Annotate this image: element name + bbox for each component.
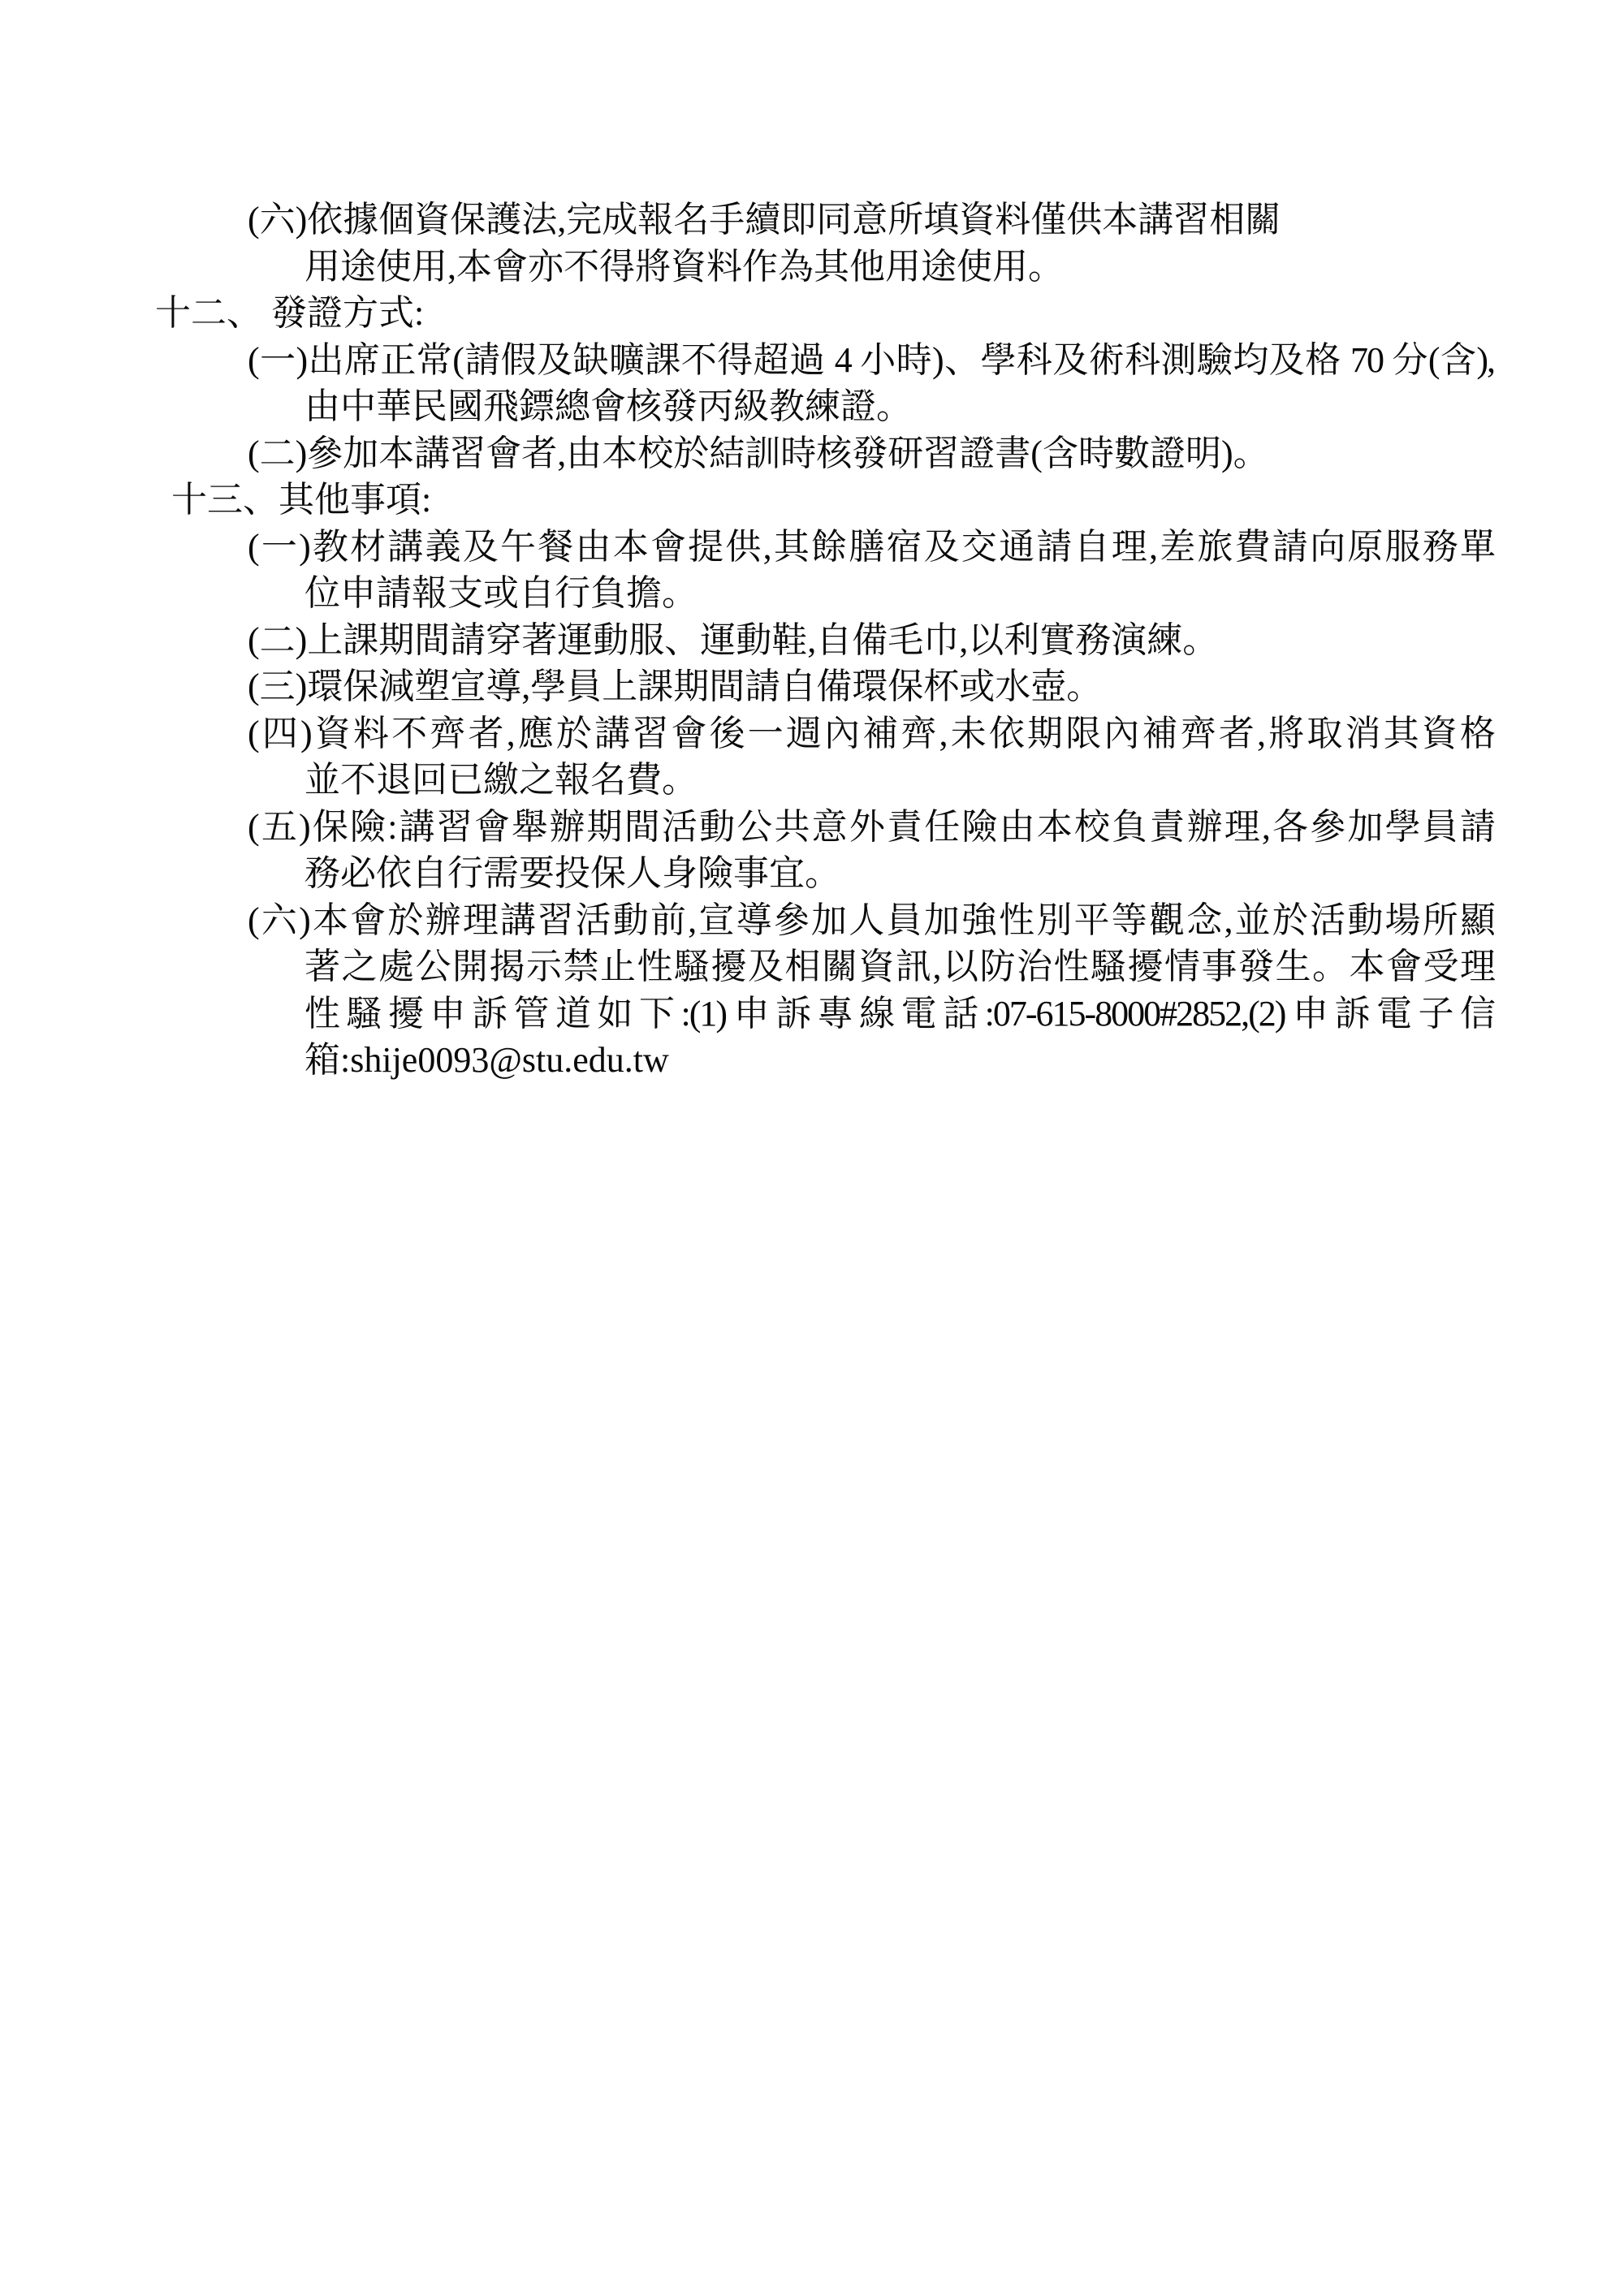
- doc-line-other-item-4-cont: 並不退回已繳之報名費。: [0, 757, 1624, 804]
- section-heading-13-other: 十三、其他事項:: [0, 477, 1624, 524]
- doc-line-other-item-1-cont: 位申請報支或自行負擔。: [0, 570, 1624, 617]
- doc-line-other-item-6: (六)本會於辦理講習活動前,宣導參加人員加強性別平等觀念,並於活動場所顯: [0, 897, 1624, 944]
- text-block: (六)依據個資保護法,完成報名手續即同意所填資料僅供本講習相關 用途使用,本會亦…: [0, 196, 1624, 1084]
- doc-line-item-6-privacy-cont: 用途使用,本會亦不得將資料作為其他用途使用。: [0, 244, 1624, 291]
- document-page: (六)依據個資保護法,完成報名手續即同意所填資料僅供本講習相關 用途使用,本會亦…: [0, 0, 1624, 2296]
- doc-line-other-item-6-cont2: 性騷擾申訴管道如下:(1)申訴專線電話:07-615-8000#2852,(2)…: [0, 990, 1624, 1038]
- section-heading-12-certification: 十二、 發證方式:: [0, 290, 1624, 337]
- doc-line-other-item-5-cont: 務必依自行需要投保人身險事宜。: [0, 850, 1624, 897]
- doc-line-other-item-3: (三)環保減塑宣導,學員上課期間請自備環保杯或水壺。: [0, 663, 1624, 710]
- doc-line-other-item-1: (一)教材講義及午餐由本會提供,其餘膳宿及交通請自理,差旅費請向原服務單: [0, 524, 1624, 571]
- doc-line-item-6-privacy: (六)依據個資保護法,完成報名手續即同意所填資料僅供本講習相關: [0, 196, 1624, 244]
- doc-line-other-item-6-cont1: 著之處公開揭示禁止性騷擾及相關資訊,以防治性騷擾情事發生。本會受理: [0, 943, 1624, 990]
- doc-line-other-item-5: (五)保險:講習會舉辦期間活動公共意外責任險由本校負責辦理,各參加學員請: [0, 804, 1624, 851]
- doc-line-cert-item-1-cont: 由中華民國飛鏢總會核發丙級教練證。: [0, 383, 1624, 430]
- doc-line-other-item-2: (二)上課期間請穿著運動服、運動鞋,自備毛巾,以利實務演練。: [0, 617, 1624, 664]
- doc-line-complaint-email: 箱:shije0093@stu.edu.tw: [0, 1037, 1624, 1084]
- doc-line-cert-item-2: (二)參加本講習會者,由本校於結訓時核發研習證書(含時數證明)。: [0, 430, 1624, 477]
- doc-line-other-item-4: (四)資料不齊者,應於講習會後一週內補齊,未依期限內補齊者,將取消其資格: [0, 710, 1624, 757]
- doc-line-cert-item-1: (一)出席正常(請假及缺曠課不得超過 4 小時)、學科及術科測驗均及格 70 分…: [0, 337, 1624, 384]
